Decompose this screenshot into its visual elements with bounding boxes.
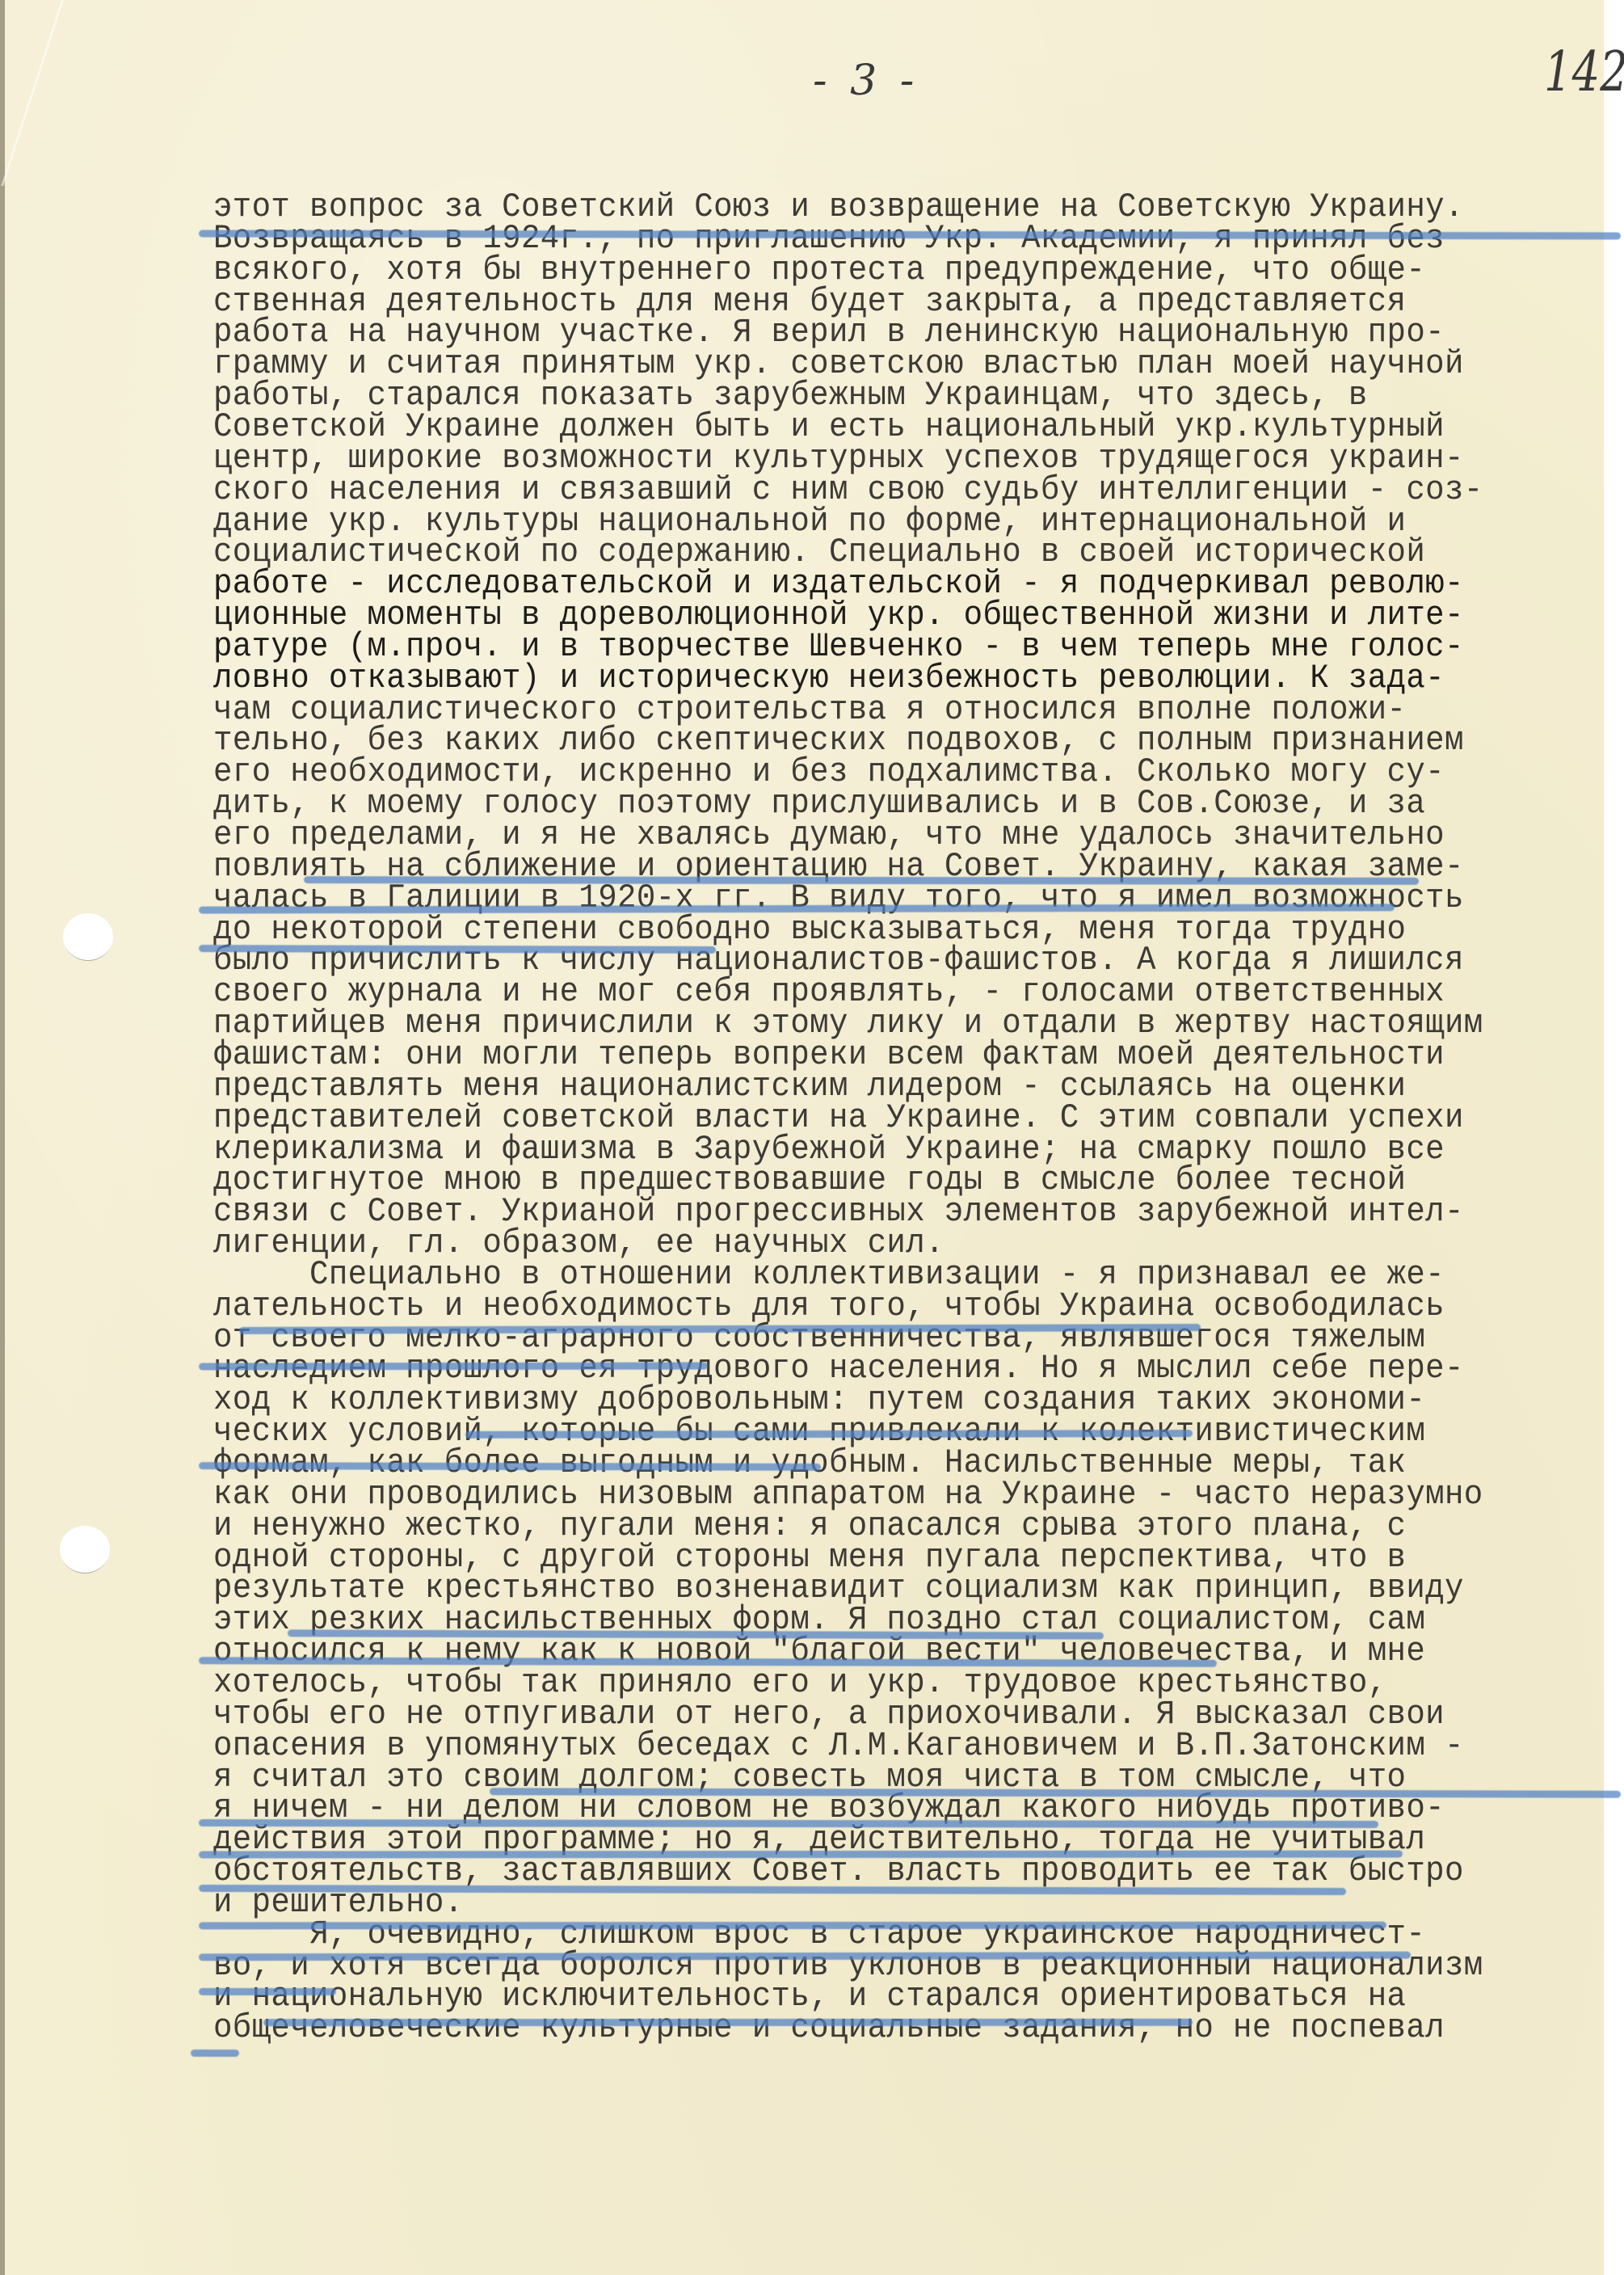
pencil-underline: [304, 876, 1419, 885]
pencil-underline: [465, 1430, 1193, 1439]
punch-hole-lower: [60, 1526, 110, 1573]
pencil-underline: [199, 1922, 1386, 1930]
pencil-underline: [199, 1363, 708, 1371]
pencil-underline: [263, 2019, 1193, 2026]
pencil-underline: [199, 1988, 336, 1995]
archive-folio-number: 142: [1544, 40, 1624, 104]
text-line: общечеловеческие культурные и социальные…: [213, 2008, 1445, 2047]
page-number: - 3 -: [813, 57, 919, 105]
paper-fold-crease: [1, 0, 64, 186]
punch-hole-upper: [63, 913, 113, 960]
pencil-underline: [191, 2050, 239, 2057]
pencil-underline: [199, 1462, 821, 1471]
pencil-underline: [199, 945, 716, 954]
pencil-underline: [199, 1851, 1403, 1859]
document-page: - 3 - 142 этот вопрос за Советский Союз …: [0, 0, 1604, 2275]
